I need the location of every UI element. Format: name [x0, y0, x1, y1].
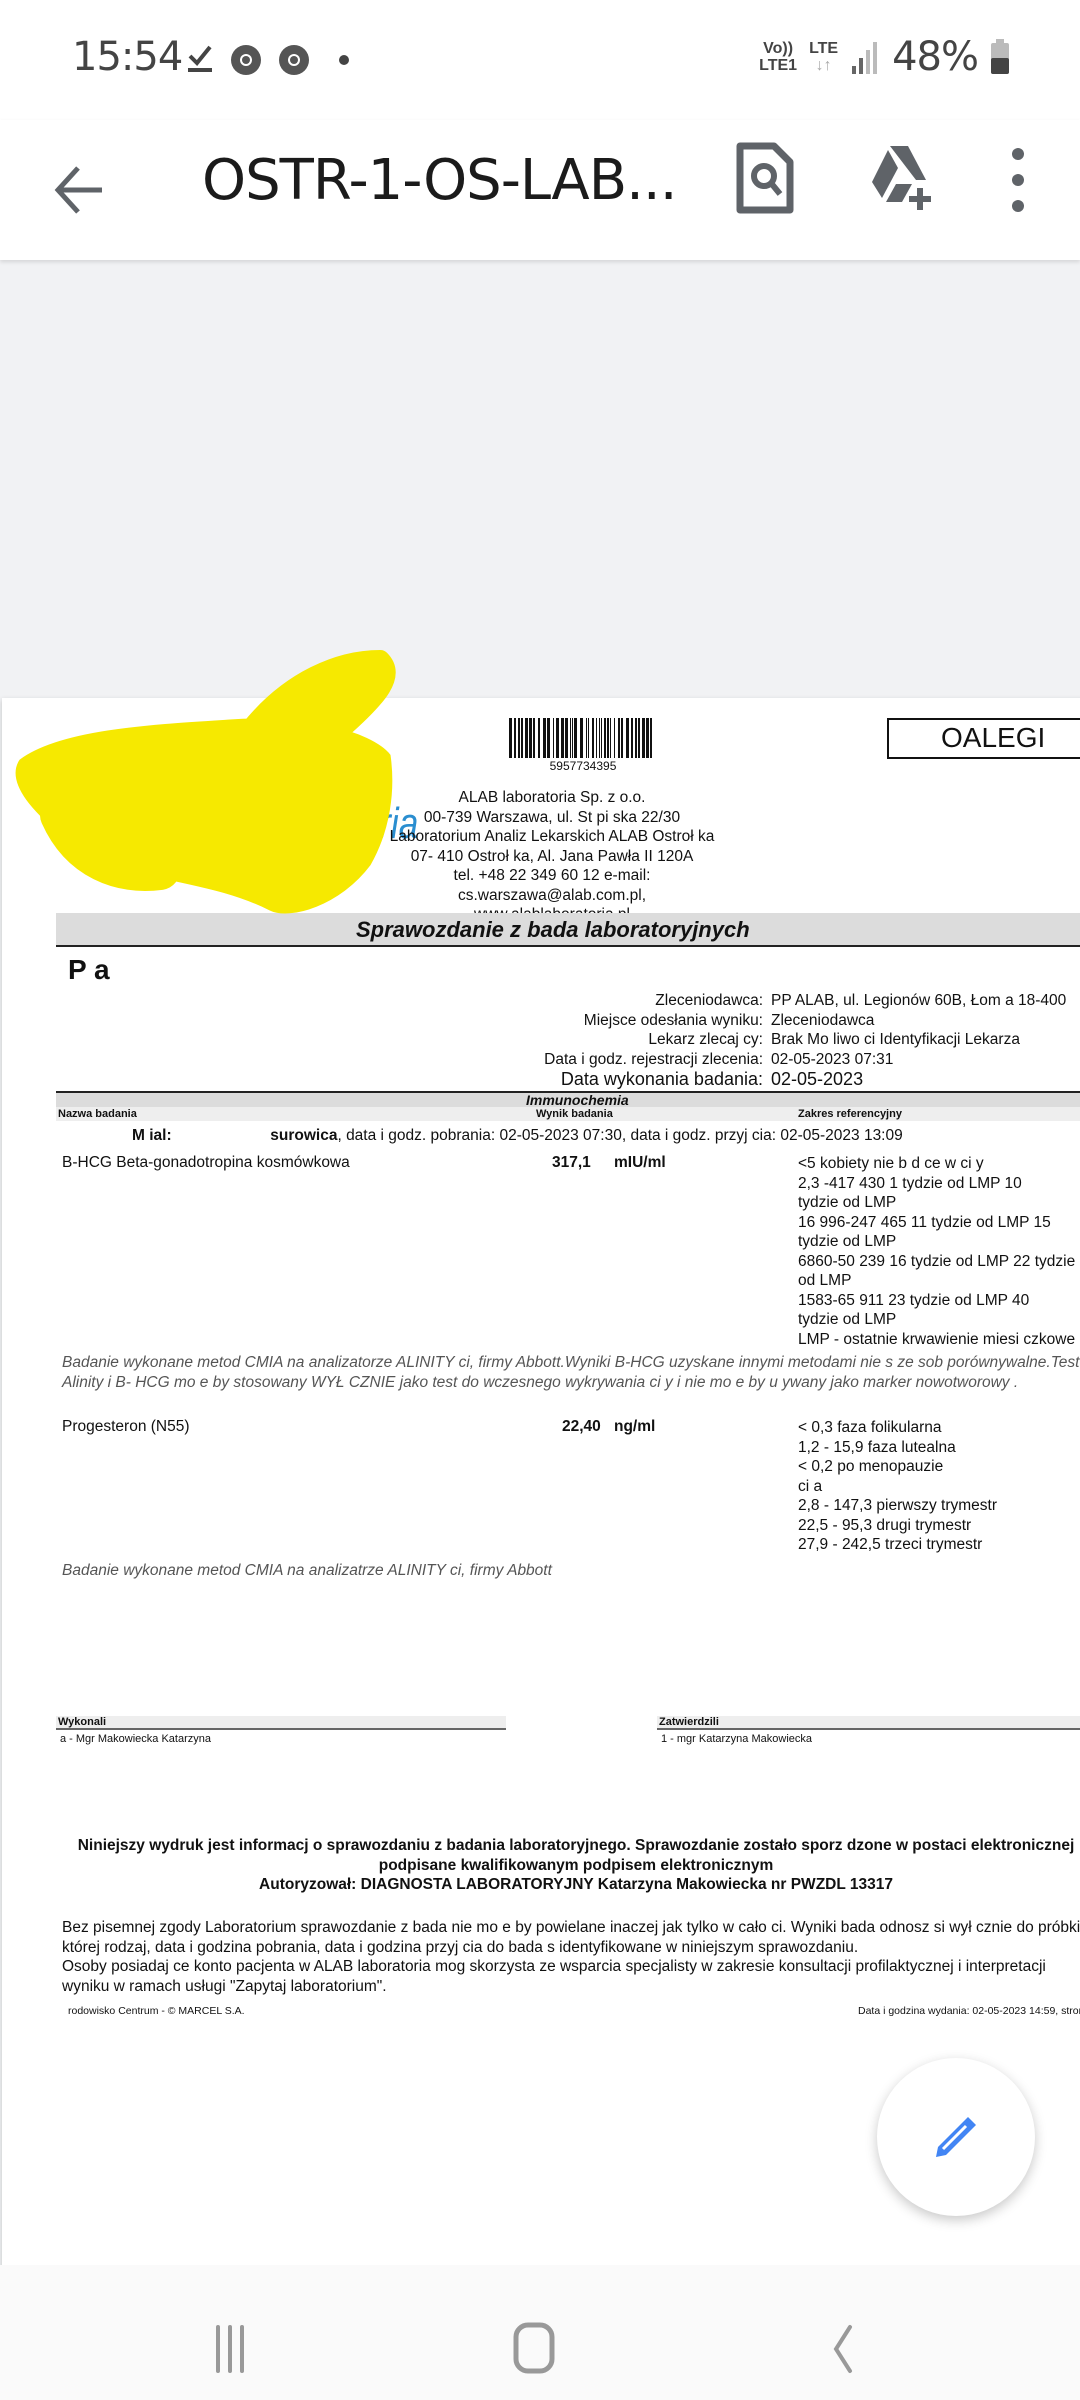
reference-line: 22,5 - 95,3 drugi trymestr — [798, 1516, 997, 1536]
barcode-number: 5957734395 — [509, 759, 657, 773]
meta-value: Zleceniodawca — [771, 1011, 874, 1031]
disclaimer-line: podpisane kwalifikowanym podpisem elektr… — [56, 1856, 1080, 1876]
meta-row: Miejsce odesłania wyniku:Zleceniodawca — [302, 1011, 1080, 1031]
test-note: Badanie wykonane metod CMIA na analizato… — [62, 1353, 1080, 1392]
edit-button[interactable] — [877, 2058, 1035, 2216]
column-header-reference: Zakres referencyjny — [798, 1108, 902, 1120]
reference-line: 2,3 -417 430 1 tydzie od LMP 10 — [798, 1174, 1075, 1194]
download-done-icon — [186, 44, 214, 74]
meta-value: PP ALAB, ul. Legionów 60B, Łom a 18-400 — [771, 991, 1066, 1011]
system-navigation-bar — [0, 2265, 1080, 2400]
reference-line: tydzie od LMP — [798, 1193, 1075, 1213]
report-title: Sprawozdanie z bada laboratoryjnych — [356, 917, 750, 943]
reference-line: < 0,2 po menopauzie — [798, 1457, 997, 1477]
edit-pencil-icon — [926, 2107, 986, 2167]
reference-line: od LMP — [798, 1271, 1075, 1291]
order-code-box: OALEGI — [887, 718, 1080, 759]
meta-label: Miejsce odesłania wyniku: — [302, 1011, 771, 1031]
disclaimer: Niniejszy wydruk jest informacj o sprawo… — [56, 1836, 1080, 1895]
meta-row: Data i godz. rejestracji zlecenia:02-05-… — [302, 1050, 1080, 1070]
pdf-viewer[interactable]: 5957734395 OALEGI ALAB laboratoria oznac… — [0, 260, 1080, 2265]
battery-icon — [990, 39, 1010, 75]
disclaimer-line: Autoryzował: DIAGNOSTA LABORATORYJNY Kat… — [56, 1875, 1080, 1895]
test-result: 22,40 — [562, 1418, 601, 1436]
reference-line: < 0,3 faza folikularna — [798, 1418, 997, 1438]
section-name: Immunochemia — [526, 1092, 629, 1108]
material-type: surowica — [270, 1127, 337, 1144]
data-arrows-icon: ↓↑ — [809, 57, 838, 74]
volte-label: Vo)) — [759, 40, 797, 57]
lte1-label: LTE1 — [759, 57, 797, 74]
logo-brand: ALAB — [130, 785, 260, 852]
alab-logo: ALAB laboratoria oznacza wiarygodność — [56, 785, 396, 895]
meta-value: Brak Mo liwo ci Identyfikacji Lekarza — [771, 1030, 1020, 1050]
legal-notice: Bez pisemnej zgody Laboratorium sprawozd… — [62, 1918, 1080, 1996]
notification-dot-icon — [338, 54, 350, 66]
material-line: M ial: surowica, data i godz. pobrania: … — [132, 1127, 903, 1145]
reference-line: 2,8 - 147,3 pierwszy trymestr — [798, 1496, 997, 1516]
reference-line: 1583-65 911 23 tydzie od LMP 40 — [798, 1291, 1075, 1311]
recent-apps-icon[interactable] — [204, 2321, 264, 2381]
chrome-icon — [278, 44, 310, 76]
meta-value: 02-05-2023 — [771, 1069, 863, 1089]
report-title-bar: Sprawozdanie z bada laboratoryjnych — [56, 913, 1080, 947]
meta-row: Lekarz zlecaj cy:Brak Mo liwo ci Identyf… — [302, 1030, 1080, 1050]
meta-label: Zleceniodawca: — [302, 991, 771, 1011]
lte-indicator: LTE ↓↑ — [809, 40, 838, 74]
more-options-icon[interactable] — [1000, 140, 1036, 220]
test-note: Badanie wykonane metod CMIA na analizatr… — [62, 1561, 1080, 1581]
reference-line: ci a — [798, 1477, 997, 1497]
meta-value: 02-05-2023 07:31 — [771, 1050, 893, 1070]
reference-line: <5 kobiety nie b d ce w ci y — [798, 1154, 1075, 1174]
status-time: 15:54 — [72, 34, 182, 80]
performed-by: a - Mgr Makowiecka Katarzyna — [60, 1733, 211, 1745]
column-headers: Nazwa badania Wynik badania Zakres refer… — [56, 1107, 1080, 1121]
legal-text: Bez pisemnej zgody Laboratorium sprawozd… — [62, 1918, 1080, 1957]
reference-line: tydzie od LMP — [798, 1232, 1075, 1252]
home-icon[interactable] — [508, 2321, 568, 2381]
reference-range: < 0,3 faza folikularna1,2 - 15,9 faza lu… — [798, 1418, 997, 1555]
reference-line: LMP - ostatnie krwawienie miesi czkowe — [798, 1330, 1075, 1350]
alab-logo-mark-icon — [58, 787, 124, 857]
meta-row: Data wykonania badania:02-05-2023 — [302, 1069, 1080, 1089]
test-result: 317,1 — [552, 1154, 591, 1172]
address-line: tel. +48 22 349 60 12 e-mail: cs.warszaw… — [362, 866, 742, 905]
performed-by-header: Wykonali — [56, 1716, 506, 1730]
test-name: B-HCG Beta-gonadotropina kosmówkowa — [62, 1154, 350, 1172]
material-label: M ial: — [132, 1127, 172, 1144]
address-line: 00-739 Warszawa, ul. St pi ska 22/30 — [362, 808, 742, 828]
status-bar: 15:54 Vo)) LTE1 LTE ↓↑ 48% — [0, 0, 1080, 120]
battery-percent: 48% — [892, 34, 978, 80]
logo-tagline: oznacza wiarygodność — [130, 865, 269, 882]
back-icon[interactable] — [820, 2321, 880, 2381]
column-header-result: Wynik badania — [536, 1108, 613, 1120]
meta-row: Zleceniodawca:PP ALAB, ul. Legionów 60B,… — [302, 991, 1080, 1011]
signal-icon — [850, 40, 880, 74]
disclaimer-line: Niniejszy wydruk jest informacj o sprawo… — [56, 1836, 1080, 1856]
lab-address: ALAB laboratoria Sp. z o.o. 00-739 Warsz… — [362, 788, 742, 925]
section-header: Immunochemia — [56, 1091, 1080, 1107]
order-metadata: Zleceniodawca:PP ALAB, ul. Legionów 60B,… — [302, 991, 1080, 1089]
test-unit: ng/ml — [614, 1418, 655, 1436]
lte-label: LTE — [809, 40, 838, 57]
column-header-name: Nazwa badania — [58, 1108, 137, 1120]
test-unit: mIU/ml — [614, 1154, 666, 1172]
barcode — [509, 718, 657, 758]
add-to-drive-icon[interactable] — [860, 132, 940, 222]
reference-line: 6860-50 239 16 tydzie od LMP 22 tydzie — [798, 1252, 1075, 1272]
address-line: Laboratorium Analiz Lekarskich ALAB Ostr… — [362, 827, 742, 847]
reference-line: tydzie od LMP — [798, 1310, 1075, 1330]
volte-indicator: Vo)) LTE1 — [759, 40, 797, 74]
patient-name: P a — [68, 954, 110, 986]
address-line: 07- 410 Ostroł ka, Al. Jana Pawła II 120… — [362, 847, 742, 867]
material-details: , data i godz. pobrania: 02-05-2023 07:3… — [337, 1127, 902, 1144]
reference-line: 27,9 - 242,5 trzeci trymestr — [798, 1535, 997, 1555]
chrome-icon — [230, 44, 262, 76]
legal-text: Osoby posiadaj ce konto pacjenta w ALAB … — [62, 1957, 1080, 1996]
reference-range: <5 kobiety nie b d ce w ci y2,3 -417 430… — [798, 1154, 1075, 1349]
address-line: ALAB laboratoria Sp. z o.o. — [362, 788, 742, 808]
document-title: OSTR-1-OS-LAB... — [202, 148, 677, 213]
approved-by: 1 - mgr Katarzyna Makowiecka — [661, 1733, 812, 1745]
back-arrow-icon[interactable] — [48, 158, 112, 222]
meta-label: Data i godz. rejestracji zlecenia: — [302, 1050, 771, 1070]
status-right: Vo)) LTE1 LTE ↓↑ 48% — [759, 34, 1010, 80]
approved-by-header: Zatwierdzili — [657, 1716, 1080, 1730]
reference-line: 16 996-247 465 11 tydzie od LMP 15 — [798, 1213, 1075, 1233]
find-in-document-icon[interactable] — [730, 132, 800, 222]
footer-left: rodowisko Centrum - © MARCEL S.A. — [68, 2005, 245, 2017]
footer-right: Data i godzina wydania: 02-05-2023 14:59… — [858, 2005, 1080, 2017]
app-bar: OSTR-1-OS-LAB... — [0, 120, 1080, 260]
test-name: Progesteron (N55) — [62, 1418, 190, 1436]
meta-label: Lekarz zlecaj cy: — [302, 1030, 771, 1050]
meta-label: Data wykonania badania: — [302, 1069, 771, 1089]
reference-line: 1,2 - 15,9 faza lutealna — [798, 1438, 997, 1458]
